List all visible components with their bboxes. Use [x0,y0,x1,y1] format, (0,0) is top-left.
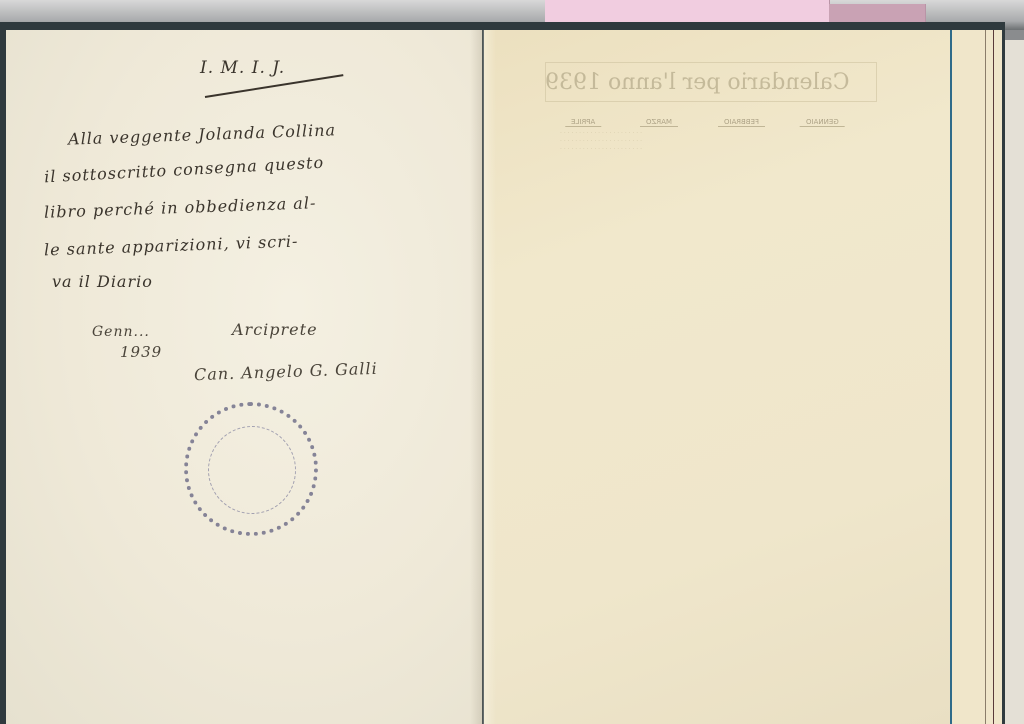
book-gutter [470,30,496,724]
page-edge [950,30,1002,724]
monogram-header: I. M. I. J. [200,58,285,78]
show-through-month: APRILE [565,118,601,127]
ink-seal-stamp [184,402,318,536]
inscription-line: va il Diario [52,272,153,291]
page-edge-line [993,30,994,724]
date-place: Genn... [92,324,150,340]
show-through-rows: · · · · · · · · · · · · · · · · · · · · … [560,130,860,154]
show-through-title: Calendario per l'anno 1939 [545,70,850,95]
show-through-month: MARZO [640,118,678,127]
date-year: 1939 [120,343,162,361]
signatory-title: Arciprete [232,320,318,339]
underlying-page [1005,40,1024,724]
page-edge-line [985,30,986,724]
show-through-month: GENNAIO [800,118,845,127]
ink-seal-inner-ring [208,426,296,514]
show-through-month: FEBBRAIO [718,118,765,127]
